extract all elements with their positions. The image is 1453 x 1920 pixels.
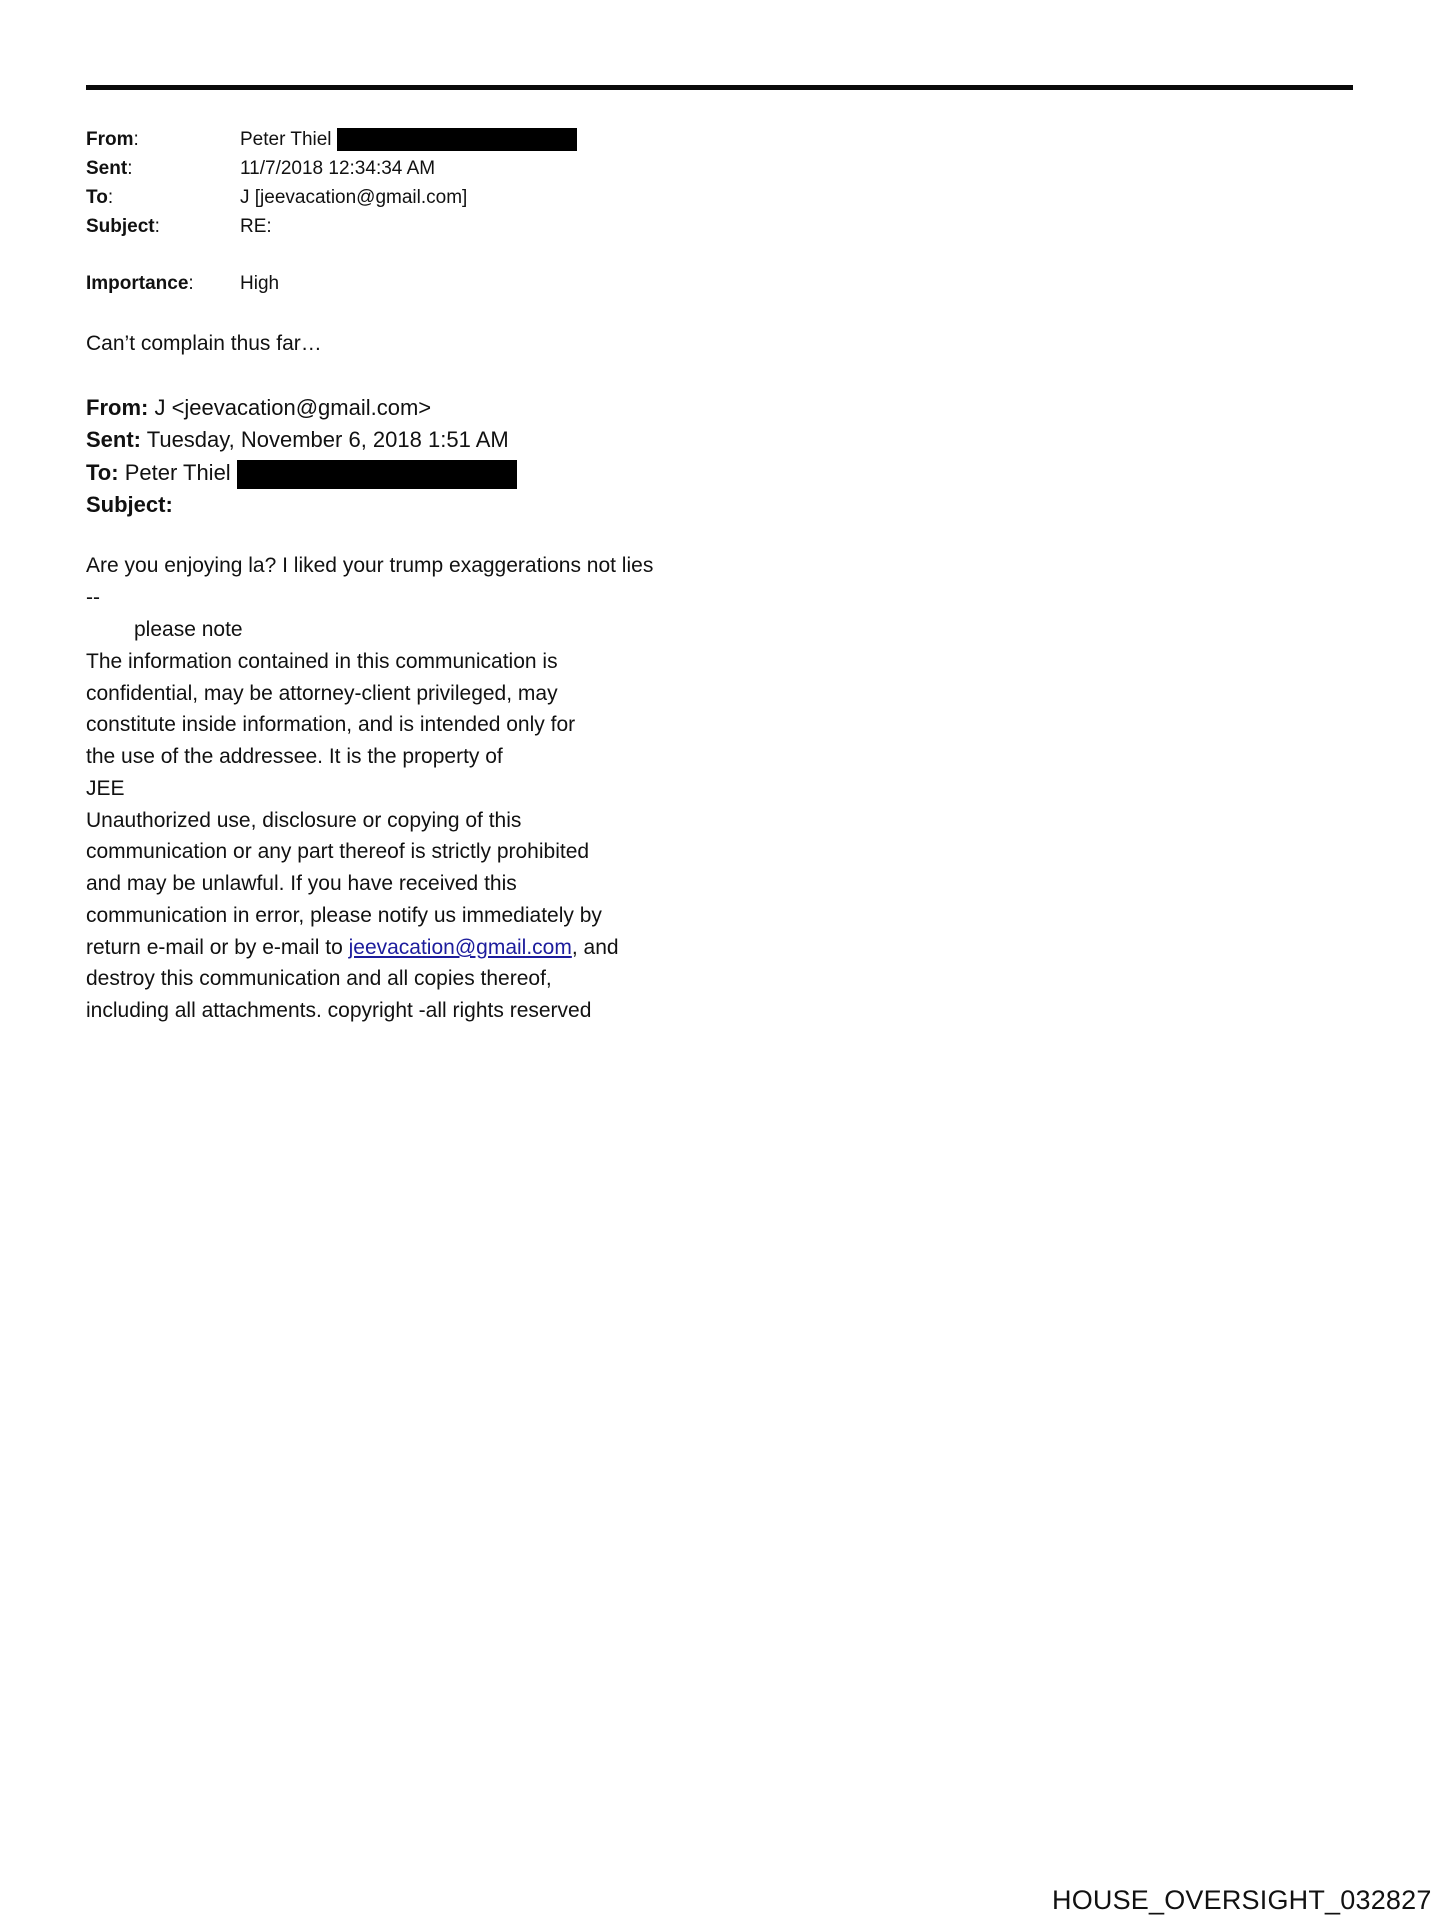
disclaimer-line: destroy this communication and all copie… bbox=[86, 964, 552, 994]
header-rule bbox=[86, 85, 1353, 90]
quoted-body: Are you enjoying la? I liked your trump … bbox=[86, 551, 653, 581]
disclaimer-line: JEE bbox=[86, 774, 125, 804]
disclaimer-link-line: return e-mail or by e-mail to jeevacatio… bbox=[86, 933, 619, 963]
redaction-box bbox=[237, 460, 517, 489]
signature-separator: -- bbox=[86, 583, 100, 613]
quoted-from: From: J <jeevacation@gmail.com> bbox=[86, 393, 431, 423]
disclaimer-line: communication in error, please notify us… bbox=[86, 901, 602, 931]
header-subject-value: RE: bbox=[240, 214, 272, 240]
quoted-to: To: Peter Thiel bbox=[86, 458, 517, 489]
quoted-sent: Sent: Tuesday, November 6, 2018 1:51 AM bbox=[86, 425, 509, 455]
redaction-box bbox=[337, 128, 577, 151]
disclaimer-line: including all attachments. copyright -al… bbox=[86, 996, 591, 1026]
header-from-label: From: bbox=[86, 127, 139, 153]
disclaimer-line: and may be unlawful. If you have receive… bbox=[86, 869, 517, 899]
disclaimer-line: Unauthorized use, disclosure or copying … bbox=[86, 806, 521, 836]
header-sent-label: Sent: bbox=[86, 156, 132, 182]
email-link[interactable]: jeevacation@gmail.com bbox=[349, 936, 572, 959]
disclaimer-line: communication or any part thereof is str… bbox=[86, 837, 589, 867]
disclaimer-line: the use of the addressee. It is the prop… bbox=[86, 742, 503, 772]
disclaimer-line: The information contained in this commun… bbox=[86, 647, 558, 677]
header-sent-value: 11/7/2018 12:34:34 AM bbox=[240, 156, 435, 182]
header-to-label: To: bbox=[86, 185, 113, 211]
header-from-value: Peter Thiel bbox=[240, 127, 577, 153]
header-subject-label: Subject: bbox=[86, 214, 160, 240]
disclaimer-line: confidential, may be attorney-client pri… bbox=[86, 679, 558, 709]
disclaimer-heading: please note bbox=[134, 615, 243, 645]
quoted-subject: Subject: bbox=[86, 490, 173, 520]
bates-number: HOUSE_OVERSIGHT_032827 bbox=[1052, 1884, 1432, 1916]
disclaimer-line: constitute inside information, and is in… bbox=[86, 710, 575, 740]
header-to-value: J [jeevacation@gmail.com] bbox=[240, 185, 467, 211]
reply-body: Can’t complain thus far… bbox=[86, 329, 322, 359]
header-importance-label: Importance: bbox=[86, 271, 194, 297]
header-importance-value: High bbox=[240, 271, 279, 297]
